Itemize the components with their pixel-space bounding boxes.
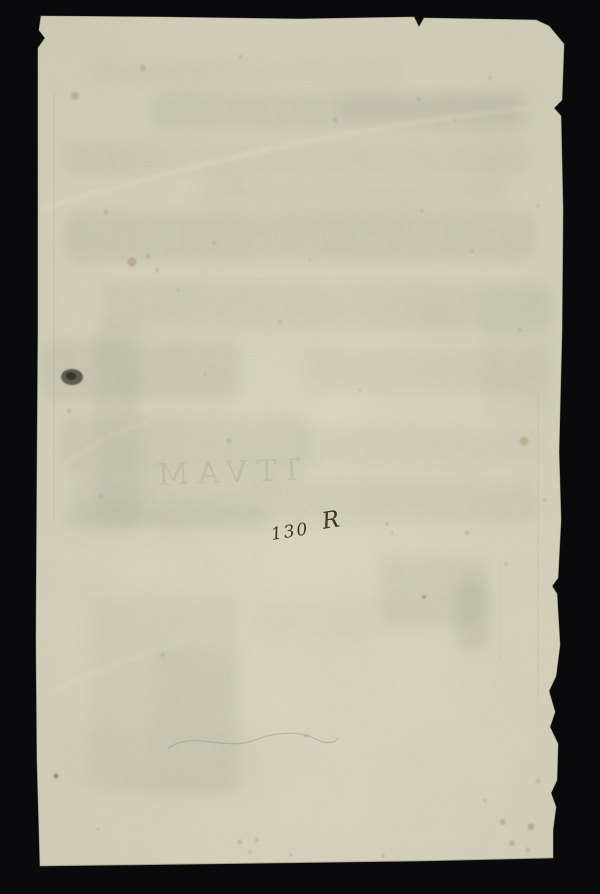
foxing-spot <box>227 439 232 444</box>
foxing-spot <box>203 373 206 376</box>
foxing-spot <box>71 92 79 100</box>
foxing-spot <box>509 840 515 846</box>
foxing-spot <box>296 457 300 461</box>
foxing-spot <box>67 409 71 413</box>
foxing-spot <box>504 562 508 566</box>
foxing-spot <box>417 97 421 101</box>
foxing-spot <box>454 119 457 122</box>
foxing-spot <box>140 65 146 71</box>
foxing-spot <box>543 498 547 502</box>
foxing-spot <box>385 522 389 526</box>
photo-stage: ITVAM 130 R <box>0 0 600 894</box>
foxing-spot <box>289 853 293 857</box>
foxing-spot <box>333 118 338 123</box>
foxing-spot <box>520 437 529 446</box>
foxing-spot <box>526 848 531 853</box>
foxing-spot <box>309 259 312 262</box>
foxing-spot <box>176 288 180 292</box>
foxing-spot <box>390 531 393 534</box>
foxing-spot <box>420 209 424 213</box>
foxing-spot <box>465 531 470 536</box>
foxing-spot <box>248 850 252 854</box>
foxing-spot <box>255 838 259 842</box>
foxing-spot <box>161 653 165 657</box>
foxing-spot <box>96 827 100 831</box>
ink-smudge <box>61 369 83 385</box>
foxing-spot <box>146 254 151 259</box>
foxing-spot <box>128 258 137 267</box>
foxing-spot <box>422 595 426 599</box>
foxing-spot <box>278 320 282 324</box>
foxing-spot <box>470 249 474 253</box>
foxing-spot <box>155 268 159 272</box>
foxing-spot <box>54 774 59 779</box>
foxing-spot <box>381 854 385 858</box>
foxing-spot <box>500 819 506 825</box>
foxing-spot <box>99 494 103 498</box>
foxing-spot <box>212 241 216 245</box>
foxing-spot <box>518 328 522 332</box>
antique-paper-photograph: ITVAM 130 R <box>0 0 600 894</box>
foxing-spot <box>488 76 492 80</box>
foxing-spot <box>238 840 243 845</box>
foxing-spot <box>536 779 541 784</box>
paper-surface: ITVAM 130 R <box>30 10 575 870</box>
foxing-spot <box>536 204 540 208</box>
foxing-spot <box>358 388 362 392</box>
paper-grain <box>30 10 575 870</box>
ghost-letters: ITVAM <box>148 453 298 493</box>
foxing-spot <box>528 824 535 831</box>
showthrough-ghost-text: ITVAM <box>148 453 298 493</box>
foxing-spot <box>104 210 109 215</box>
foxing-spot <box>239 55 243 59</box>
foxing-spot <box>483 799 487 803</box>
